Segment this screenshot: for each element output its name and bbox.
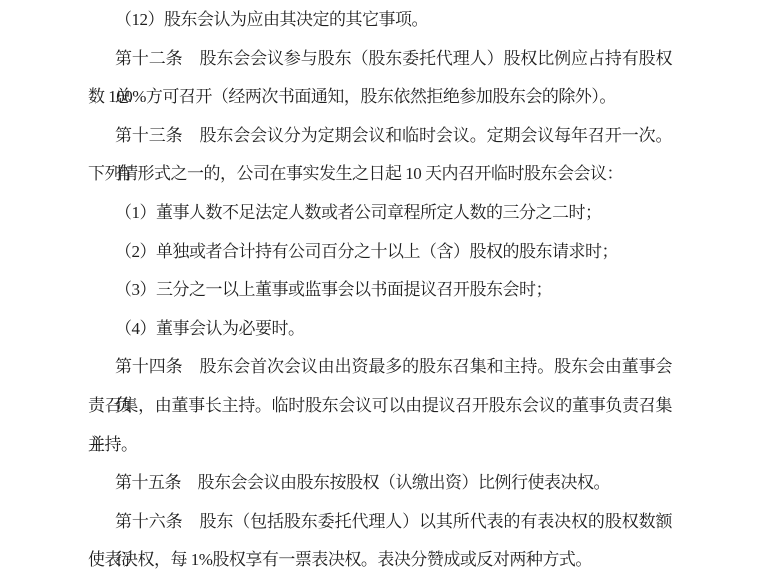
text-line-article-13-item-4-1: （4）董事会认为必要时。 (88, 310, 672, 349)
text-line-article-13-1: 第十三条 股东会会议分为定期会议和临时会议。定期会议每年召开一次。有 (88, 117, 672, 156)
text-line-item-12-1: （12）股东会认为应由其决定的其它事项。 (88, 1, 672, 40)
text-line-article-16-1: 第十六条 股东（包括股东委托代理人）以其所代表的有表决权的股权数额行 (88, 503, 672, 542)
text-line-article-15-1: 第十五条 股东会会议由股东按股权（认缴出资）比例行使表决权。 (88, 464, 672, 503)
text-line-article-14-2: 责召集，由董事长主持。临时股东会议可以由提议召开股东会议的董事负责召集并 (88, 387, 672, 426)
text-line-article-13-item-2-1: （2）单独或者合计持有公司百分之十以上（含）股权的股东请求时； (88, 233, 672, 272)
text-line-article-16-2: 使表决权，每 1%股权享有一票表决权。表决分赞成或反对两种方式。 (88, 541, 672, 579)
document-body: （12）股东会认为应由其决定的其它事项。第十二条 股东会会议参与股东（股东委托代… (88, 1, 672, 579)
text-line-article-14-3: 主持。 (88, 426, 672, 465)
text-line-article-13-item-3-1: （3）三分之一以上董事或监事会以书面提议召开股东会时； (88, 271, 672, 310)
document-page: （12）股东会认为应由其决定的其它事项。第十二条 股东会会议参与股东（股东委托代… (0, 0, 760, 579)
text-line-article-13-2: 下列情形式之一的，公司在事实发生之日起 10 天内召开临时股东会会议： (88, 155, 672, 194)
text-line-article-14-1: 第十四条 股东会首次会议由出资最多的股东召集和主持。股东会由董事会负 (88, 348, 672, 387)
text-line-article-12-2: 数 100%方可召开（经两次书面通知，股东依然拒绝参加股东会的除外）。 (88, 78, 672, 117)
text-line-article-13-item-1-1: （1）董事人数不足法定人数或者公司章程所定人数的三分之二时； (88, 194, 672, 233)
text-line-article-12-1: 第十二条 股东会会议参与股东（股东委托代理人）股权比例应占持有股权总 (88, 40, 672, 79)
